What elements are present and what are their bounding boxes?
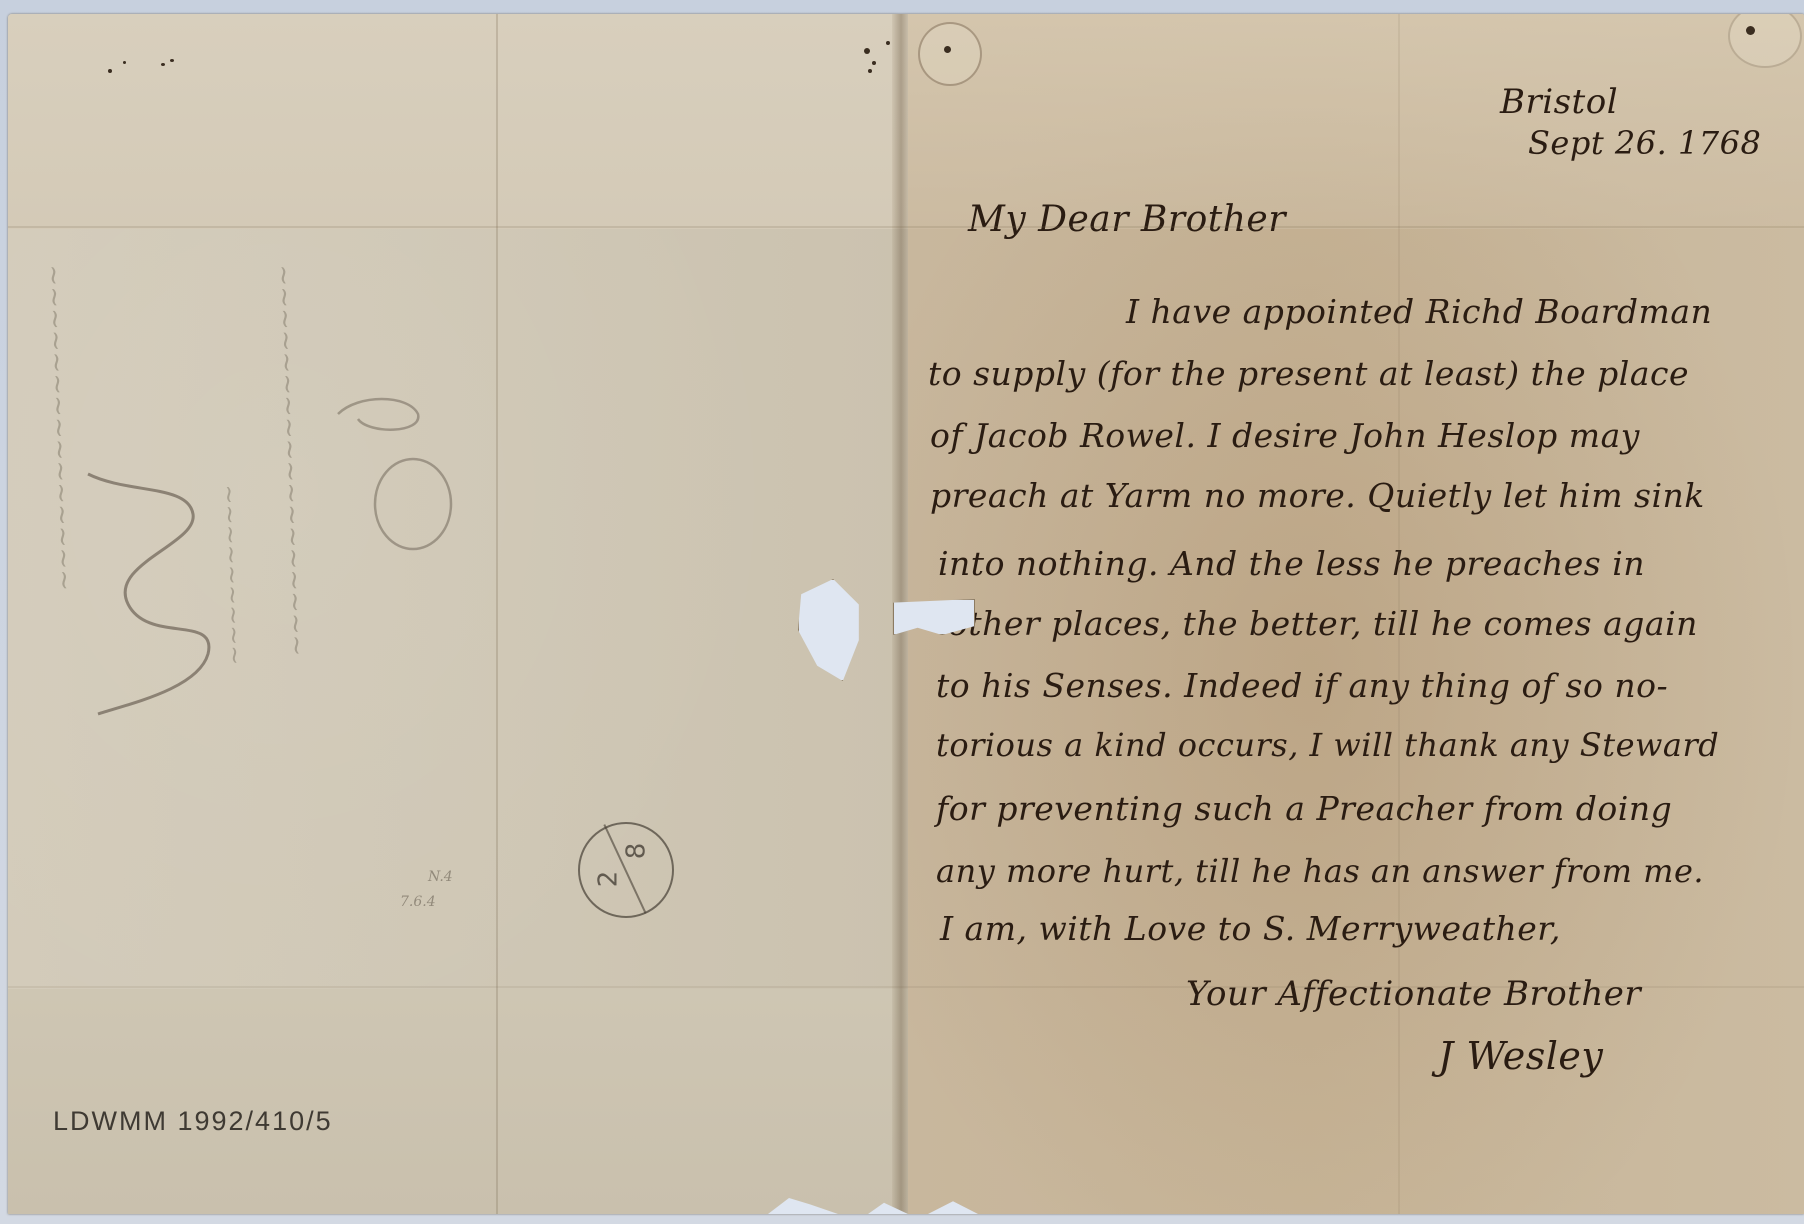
- letter-body-line: torious a kind occurs, I will thank any …: [936, 726, 1719, 764]
- pinhole: [123, 61, 126, 64]
- letter-date: Sept 26. 1768: [1528, 124, 1761, 162]
- bleed-through-flourish: [328, 364, 468, 564]
- pinhole: [170, 59, 174, 62]
- pinhole: [864, 48, 870, 54]
- letter-body-line: I am, with Love to S. Merryweather,: [940, 909, 1561, 948]
- letter-body-line: into nothing. And the less he preaches i…: [938, 544, 1645, 583]
- pinhole: [161, 63, 165, 66]
- letter-signature: J Wesley: [1438, 1034, 1603, 1078]
- fold-band-bottom: [8, 989, 908, 1214]
- bleed-through-writing: ~~~~~~~~~~~~~~~~~~: [268, 264, 312, 657]
- pinhole: [944, 46, 951, 53]
- circular-postmark-stamp: 8 2: [578, 822, 674, 918]
- letter-sheet: ~~~~~~~~~~~~~~~ ~~~~~~~~~~~~~~~~~~ ~~~~~…: [8, 14, 1804, 1214]
- letter-salutation: My Dear Brother: [968, 199, 1286, 240]
- faint-mark: 7.6.4: [400, 894, 436, 910]
- vertical-fold-line: [496, 14, 498, 1214]
- letter-body-line: preach at Yarm no more. Quietly let him …: [930, 476, 1705, 515]
- pinhole: [1746, 26, 1755, 35]
- letter-body-line: other places, the better, till he comes …: [948, 604, 1698, 643]
- letter-place: Bristol: [1500, 82, 1618, 122]
- pinhole: [868, 69, 872, 73]
- letter-body-line: any more hurt, till he has an answer fro…: [936, 852, 1704, 890]
- seal-impression: [918, 22, 982, 86]
- stamp-bottom-number: 2: [593, 871, 623, 888]
- horizontal-fold-line: [8, 986, 1804, 988]
- letter-body-line: for preventing such a Preacher from doin…: [936, 789, 1672, 828]
- archive-reference: LDWMM 1992/410/5: [53, 1106, 333, 1137]
- letter-body-line: to his Senses. Indeed if any thing of so…: [936, 666, 1668, 705]
- vertical-fold-line: [1398, 14, 1400, 1214]
- letter-body-line: I have appointed Richd Boardman: [1126, 292, 1712, 331]
- pinhole: [108, 69, 112, 73]
- fold-band-top: [8, 14, 908, 229]
- fold-band-top: [908, 14, 1804, 229]
- letter-panel: Bristol Sept 26. 1768 My Dear Brother I …: [908, 14, 1804, 1214]
- bleed-through-flourish: [68, 454, 268, 724]
- reverse-panel: ~~~~~~~~~~~~~~~ ~~~~~~~~~~~~~~~~~~ ~~~~~…: [8, 14, 908, 1214]
- stamp-top-number: 8: [621, 843, 651, 860]
- letter-closing: Your Affectionate Brother: [1186, 974, 1641, 1014]
- letter-body-line: to supply (for the present at least) the…: [928, 354, 1689, 393]
- letter-body-line: of Jacob Rowel. I desire John Heslop may: [930, 416, 1640, 455]
- faint-mark: N.4: [428, 869, 453, 885]
- stamp-divider: [603, 824, 646, 914]
- pinhole: [886, 41, 890, 45]
- pinhole: [872, 61, 876, 65]
- horizontal-fold-line: [8, 226, 1804, 228]
